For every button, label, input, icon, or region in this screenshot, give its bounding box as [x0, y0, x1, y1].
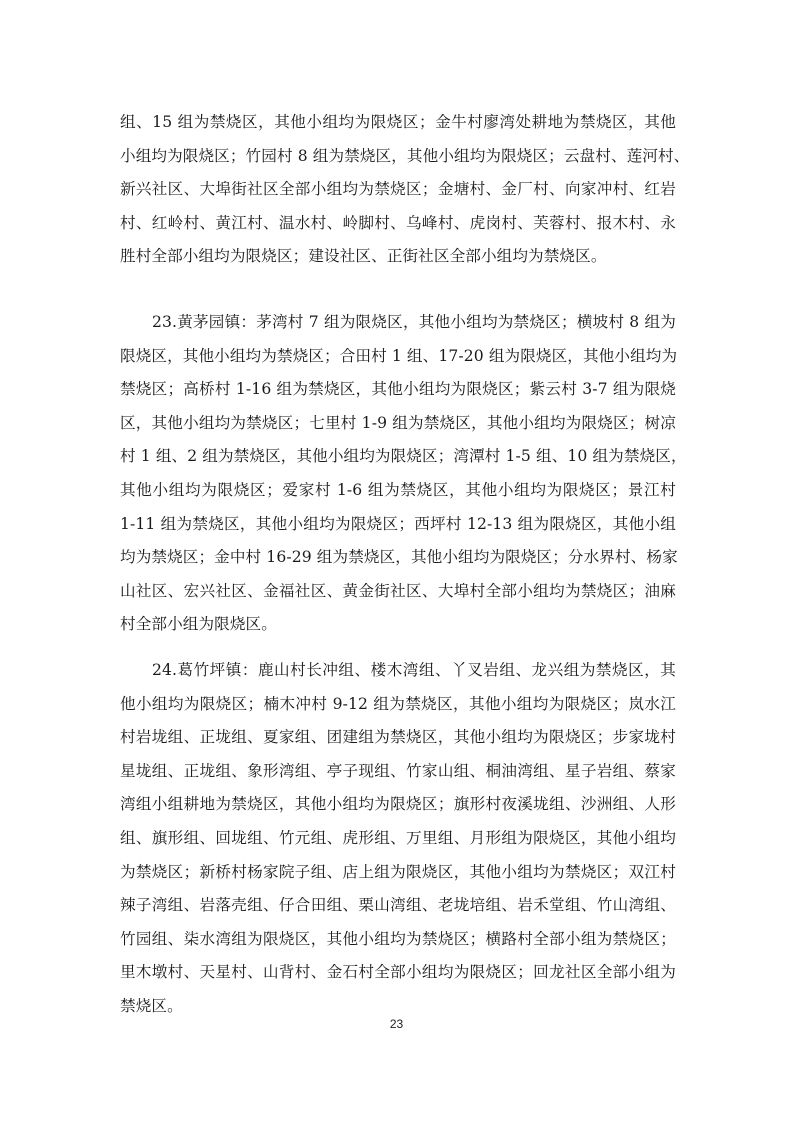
paragraph-item-23: 23.黄茅园镇：茅湾村 7 组为限烧区，其他小组均为禁烧区；横坡村 8 组为 限… — [120, 306, 676, 642]
text-line: 村岩垅组、正垅组、夏家组、团建组为禁烧区，其他小组均为限烧区；步家垅村 — [120, 721, 676, 755]
text-line: 星垅组、正垅组、象形湾组、亭子现组、竹家山组、桐油湾组、星子岩组、蔡家 — [120, 755, 676, 789]
text-line: 组、旗形组、回垅组、竹元组、虎形组、万里组、月形组为限烧区，其他小组均 — [120, 822, 676, 856]
text-line: 禁烧区；高桥村 1-16 组为禁烧区，其他小组均为限烧区；紫云村 3-7 组为限… — [120, 373, 676, 407]
text-line: 组、15 组为禁烧区，其他小组均为限烧区；金牛村廖湾处耕地为禁烧区，其他 — [120, 106, 676, 140]
text-line: 胜村全部小组均为限烧区；建设社区、正街社区全部小组均为禁烧区。 — [120, 240, 676, 274]
paragraph-continuation: 组、15 组为禁烧区，其他小组均为限烧区；金牛村廖湾处耕地为禁烧区，其他 小组均… — [120, 106, 676, 274]
text-line: 限烧区，其他小组均为禁烧区；合田村 1 组、17-20 组为限烧区，其他小组均为 — [120, 340, 676, 374]
text-line: 他小组均为限烧区；楠木冲村 9-12 组为禁烧区，其他小组均为限烧区；岚水江 — [120, 688, 676, 722]
text-line: 新兴社区、大埠街社区全部小组均为禁烧区；金塘村、金厂村、向家冲村、红岩 — [120, 173, 676, 207]
text-line: 竹园组、柒水湾组为限烧区，其他小组均为禁烧区；横路村全部小组为禁烧区； — [120, 923, 676, 957]
text-line: 1-11 组为禁烧区，其他小组均为限烧区；西坪村 12-13 组为限烧区，其他小… — [120, 508, 676, 542]
text-line: 山社区、宏兴社区、金福社区、黄金街社区、大埠村全部小组均为禁烧区；油麻 — [120, 575, 676, 609]
text-line: 村、红岭村、黄江村、温水村、岭脚村、乌峰村、虎岗村、芙蓉村、报木村、永 — [120, 207, 676, 241]
document-page: 组、15 组为禁烧区，其他小组均为限烧区；金牛村廖湾处耕地为禁烧区，其他 小组均… — [0, 0, 793, 1122]
text-line: 湾组小组耕地为禁烧区，其他小组均为限烧区；旗形村夜溪垅组、沙洲组、人形 — [120, 788, 676, 822]
text-line: 村全部小组为限烧区。 — [120, 608, 676, 642]
text-line: 里木墩村、天星村、山背村、金石村全部小组均为限烧区；回龙社区全部小组为 — [120, 956, 676, 990]
text-line: 辣子湾组、岩落壳组、仔合田组、栗山湾组、老垅培组、岩禾堂组、竹山湾组、 — [120, 889, 676, 923]
text-line: 村 1 组、2 组为禁烧区，其他小组均为限烧区；湾潭村 1-5 组、10 组为禁… — [120, 440, 676, 474]
text-line: 23.黄茅园镇：茅湾村 7 组为限烧区，其他小组均为禁烧区；横坡村 8 组为 — [120, 306, 676, 340]
text-line: 24.葛竹坪镇：鹿山村长冲组、楼木湾组、丫叉岩组、龙兴组为禁烧区，其 — [120, 654, 676, 688]
page-number: 23 — [0, 1017, 793, 1031]
text-line: 区，其他小组均为禁烧区；七里村 1-9 组为禁烧区，其他小组均为限烧区；树凉 — [120, 407, 676, 441]
text-line: 小组均为限烧区；竹园村 8 组为禁烧区，其他小组均为限烧区；云盘村、莲河村、 — [120, 140, 676, 174]
paragraph-item-24: 24.葛竹坪镇：鹿山村长冲组、楼木湾组、丫叉岩组、龙兴组为禁烧区，其 他小组均为… — [120, 654, 676, 1024]
text-line: 均为禁烧区；金中村 16-29 组为禁烧区，其他小组均为限烧区；分水界村、杨家 — [120, 541, 676, 575]
text-line: 其他小组均为限烧区；爱家村 1-6 组为禁烧区，其他小组均为限烧区；景江村 — [120, 474, 676, 508]
text-line: 为禁烧区；新桥村杨家院子组、店上组为限烧区，其他小组均为禁烧区；双江村 — [120, 856, 676, 890]
